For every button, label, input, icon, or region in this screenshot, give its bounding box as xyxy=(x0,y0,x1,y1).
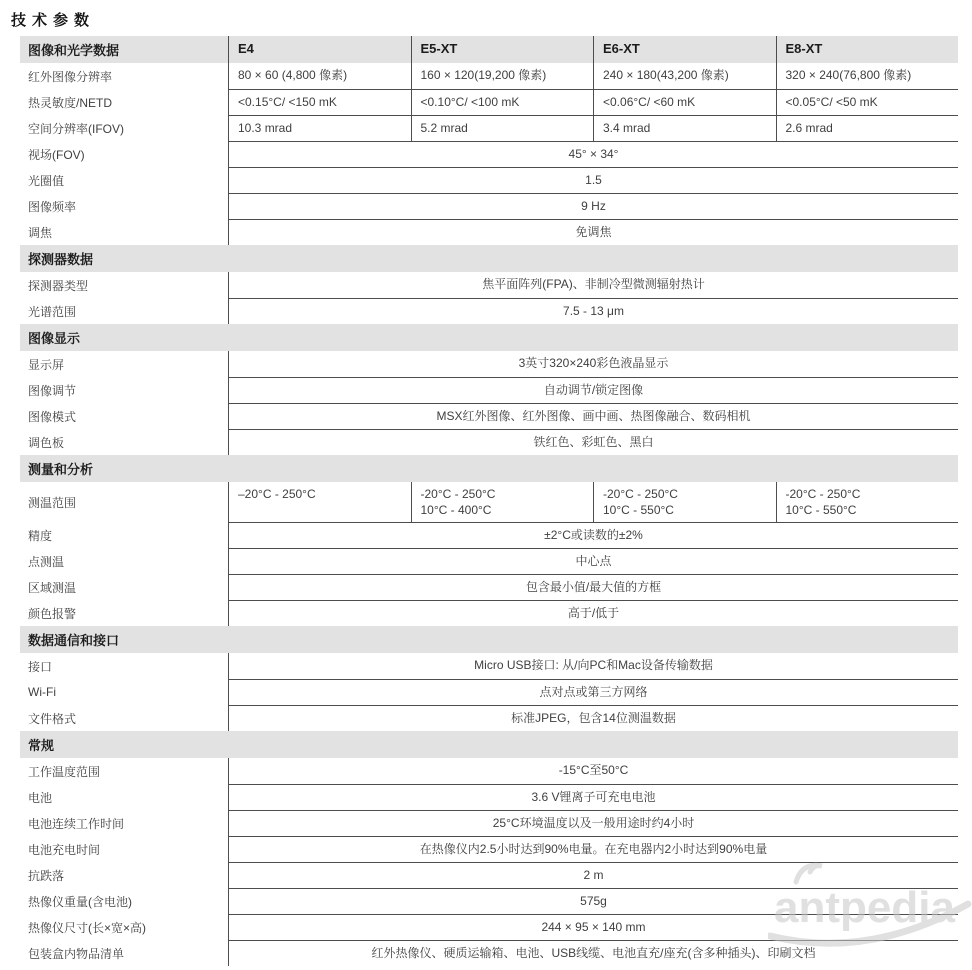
spec-row-frame-rate: 图像频率 9 Hz xyxy=(20,193,958,219)
cell-value-e8xt: <0.05°C/ <50 mK xyxy=(776,89,959,115)
spec-row-wifi: Wi-Fi 点对点或第三方网络 xyxy=(20,679,958,705)
cell-value-e4: <0.15°C/ <150 mK xyxy=(228,89,411,115)
cell-value-e4: 10.3 mrad xyxy=(228,115,411,141)
spec-row-fov: 视场(FOV) 45° × 34° xyxy=(20,141,958,167)
row-label: 空间分辨率(IFOV) xyxy=(20,115,228,141)
cell-value-e8xt: -20°C - 250°C 10°C - 550°C xyxy=(776,482,959,522)
row-label: 工作温度范围 xyxy=(20,758,228,784)
spec-row-spotmeter: 点测温 中心点 xyxy=(20,548,958,574)
cell-value-all: 免调焦 xyxy=(228,219,958,245)
page-title: 技术参数 xyxy=(0,0,972,36)
spec-row-display: 显示屏 3英寸320×240彩色液晶显示 xyxy=(20,351,958,377)
cell-value-all: 7.5 - 13 μm xyxy=(228,298,958,324)
cell-value-all: 3英寸320×240彩色液晶显示 xyxy=(228,351,958,377)
cell-value-e8xt: 320 × 240(76,800 像素) xyxy=(776,63,959,89)
section-measurement-analysis: 测量和分析 xyxy=(20,455,958,482)
cell-value-e5xt: 160 × 120(19,200 像素) xyxy=(411,63,594,89)
row-label: 热像仪尺寸(长×宽×高) xyxy=(20,914,228,940)
cell-value-e5xt: 5.2 mrad xyxy=(411,115,594,141)
spec-row-fnumber: 光圈值 1.5 xyxy=(20,167,958,193)
section-general: 常规 xyxy=(20,731,958,758)
cell-value-all: ±2°C或读数的±2% xyxy=(228,522,958,548)
row-label: 精度 xyxy=(20,522,228,548)
section-image-display: 图像显示 xyxy=(20,324,958,351)
cell-value-all: 2 m xyxy=(228,862,958,888)
row-label: 视场(FOV) xyxy=(20,141,228,167)
row-label: 测温范围 xyxy=(20,482,228,522)
cell-value-all: 中心点 xyxy=(228,548,958,574)
cell-value-all: MSX红外图像、红外图像、画中画、热图像融合、数码相机 xyxy=(228,403,958,429)
cell-value-all: 1.5 xyxy=(228,167,958,193)
cell-value-all: 红外热像仪、硬质运输箱、电池、USB线缆、电池直充/座充(含多种插头)、印刷文档 xyxy=(228,940,958,966)
row-label: 光圈值 xyxy=(20,167,228,193)
spec-row-image-adjust: 图像调节 自动调节/锁定图像 xyxy=(20,377,958,403)
cell-value-all: 包含最小值/最大值的方框 xyxy=(228,574,958,600)
cell-value-e5xt: -20°C - 250°C 10°C - 400°C xyxy=(411,482,594,522)
row-label: 调焦 xyxy=(20,219,228,245)
section-data-comm-interface: 数据通信和接口 xyxy=(20,626,958,653)
spec-row-charge-time: 电池充电时间 在热像仪内2.5小时达到90%电量。在充电器内2小时达到90%电量 xyxy=(20,836,958,862)
cell-value-e6xt: 3.4 mrad xyxy=(593,115,776,141)
row-label: 图像模式 xyxy=(20,403,228,429)
row-label: 图像频率 xyxy=(20,193,228,219)
cell-value-all: 25°C环境温度以及一般用途时约4小时 xyxy=(228,810,958,836)
spec-row-weight: 热像仪重量(含电池) 575g xyxy=(20,888,958,914)
table-header-row: 图像和光学数据 E4 E5-XT E6-XT E8-XT xyxy=(20,36,958,63)
cell-value-e6xt: -20°C - 250°C 10°C - 550°C xyxy=(593,482,776,522)
cell-value-all: 标准JPEG，包含14位测温数据 xyxy=(228,705,958,731)
cell-value-all: 高于/低于 xyxy=(228,600,958,626)
spec-row-color-alarm: 颜色报警 高于/低于 xyxy=(20,600,958,626)
cell-value-all: 244 × 95 × 140 mm xyxy=(228,914,958,940)
row-label: 热灵敏度/NETD xyxy=(20,89,228,115)
cell-value-all: 9 Hz xyxy=(228,193,958,219)
spec-row-battery: 电池 3.6 V锂离子可充电电池 xyxy=(20,784,958,810)
column-header-e6xt: E6-XT xyxy=(593,36,776,63)
cell-value-e8xt: 2.6 mrad xyxy=(776,115,959,141)
row-label: 图像调节 xyxy=(20,377,228,403)
row-label: 显示屏 xyxy=(20,351,228,377)
cell-value-all: -15°C至50°C xyxy=(228,758,958,784)
row-label: 区域测温 xyxy=(20,574,228,600)
row-label: 包装盒内物品清单 xyxy=(20,940,228,966)
row-label: 红外图像分辨率 xyxy=(20,63,228,89)
spec-row-temp-range: 测温范围 –20°C - 250°C -20°C - 250°C 10°C - … xyxy=(20,482,958,522)
cell-value-all: 自动调节/锁定图像 xyxy=(228,377,958,403)
spec-row-ifov: 空间分辨率(IFOV) 10.3 mrad 5.2 mrad 3.4 mrad … xyxy=(20,115,958,141)
column-header-e8xt: E8-XT xyxy=(776,36,959,63)
column-header-e4: E4 xyxy=(228,36,411,63)
column-header-e5xt: E5-XT xyxy=(411,36,594,63)
spec-row-interface: 接口 Micro USB接口: 从/向PC和Mac设备传输数据 xyxy=(20,653,958,679)
row-label: Wi-Fi xyxy=(20,679,228,705)
cell-value-all: 575g xyxy=(228,888,958,914)
column-header-category: 图像和光学数据 xyxy=(20,36,228,63)
row-label: 接口 xyxy=(20,653,228,679)
row-label: 电池连续工作时间 xyxy=(20,810,228,836)
cell-value-all: 在热像仪内2.5小时达到90%电量。在充电器内2小时达到90%电量 xyxy=(228,836,958,862)
cell-value-e4: –20°C - 250°C xyxy=(228,482,411,522)
cell-value-e4: 80 × 60 (4,800 像素) xyxy=(228,63,411,89)
cell-value-all: 焦平面阵列(FPA)、非制冷型微测辐射热计 xyxy=(228,272,958,298)
spec-row-dimensions: 热像仪尺寸(长×宽×高) 244 × 95 × 140 mm xyxy=(20,914,958,940)
spec-row-focus: 调焦 免调焦 xyxy=(20,219,958,245)
spec-row-spectral-range: 光谱范围 7.5 - 13 μm xyxy=(20,298,958,324)
section-detector-data: 探测器数据 xyxy=(20,245,958,272)
spec-row-box-contents: 包装盒内物品清单 红外热像仪、硬质运输箱、电池、USB线缆、电池直充/座充(含多… xyxy=(20,940,958,966)
cell-value-all: 铁红色、彩虹色、黑白 xyxy=(228,429,958,455)
spec-table: 图像和光学数据 E4 E5-XT E6-XT E8-XT 红外图像分辨率 80 … xyxy=(20,36,958,966)
cell-value-all: 45° × 34° xyxy=(228,141,958,167)
spec-row-area-measure: 区域测温 包含最小值/最大值的方框 xyxy=(20,574,958,600)
spec-row-image-modes: 图像模式 MSX红外图像、红外图像、画中画、热图像融合、数码相机 xyxy=(20,403,958,429)
spec-row-accuracy: 精度 ±2°C或读数的±2% xyxy=(20,522,958,548)
row-label: 电池充电时间 xyxy=(20,836,228,862)
spec-row-netd: 热灵敏度/NETD <0.15°C/ <150 mK <0.10°C/ <100… xyxy=(20,89,958,115)
row-label: 文件格式 xyxy=(20,705,228,731)
row-label: 抗跌落 xyxy=(20,862,228,888)
cell-value-e6xt: 240 × 180(43,200 像素) xyxy=(593,63,776,89)
spec-row-ir-resolution: 红外图像分辨率 80 × 60 (4,800 像素) 160 × 120(19,… xyxy=(20,63,958,89)
cell-value-all: 3.6 V锂离子可充电电池 xyxy=(228,784,958,810)
row-label: 颜色报警 xyxy=(20,600,228,626)
spec-row-detector-type: 探测器类型 焦平面阵列(FPA)、非制冷型微测辐射热计 xyxy=(20,272,958,298)
spec-row-palettes: 调色板 铁红色、彩虹色、黑白 xyxy=(20,429,958,455)
spec-row-operating-temp: 工作温度范围 -15°C至50°C xyxy=(20,758,958,784)
row-label: 探测器类型 xyxy=(20,272,228,298)
spec-row-file-format: 文件格式 标准JPEG，包含14位测温数据 xyxy=(20,705,958,731)
cell-value-all: 点对点或第三方网络 xyxy=(228,679,958,705)
row-label: 电池 xyxy=(20,784,228,810)
spec-row-drop-test: 抗跌落 2 m xyxy=(20,862,958,888)
row-label: 调色板 xyxy=(20,429,228,455)
cell-value-e5xt: <0.10°C/ <100 mK xyxy=(411,89,594,115)
cell-value-all: Micro USB接口: 从/向PC和Mac设备传输数据 xyxy=(228,653,958,679)
row-label: 热像仪重量(含电池) xyxy=(20,888,228,914)
cell-value-e6xt: <0.06°C/ <60 mK xyxy=(593,89,776,115)
spec-row-battery-life: 电池连续工作时间 25°C环境温度以及一般用途时约4小时 xyxy=(20,810,958,836)
row-label: 点测温 xyxy=(20,548,228,574)
row-label: 光谱范围 xyxy=(20,298,228,324)
